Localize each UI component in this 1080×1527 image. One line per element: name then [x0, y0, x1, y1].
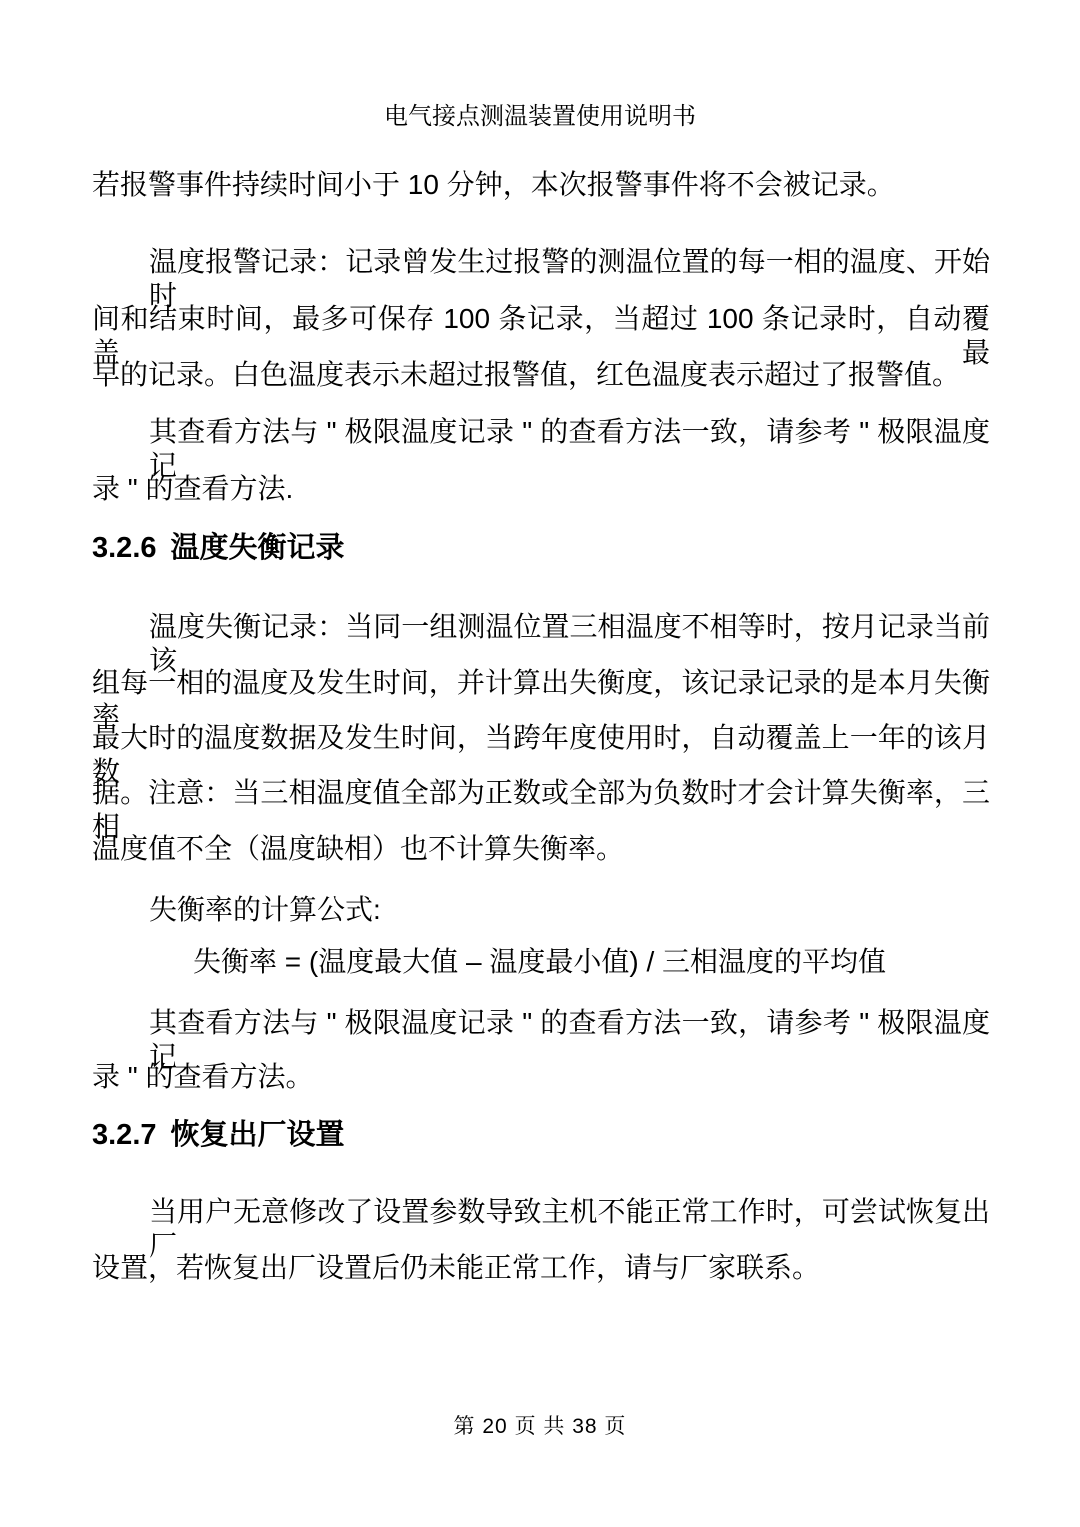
section-heading-326: 3.2.6温度失衡记录 [92, 531, 990, 565]
alarm-record-line-3: 早的记录。白色温度表示未超过报警值，红色温度表示超过了报警值。 [92, 358, 990, 392]
formula-label-line: 失衡率的计算公式: [92, 893, 990, 927]
formula-line: 失衡率 = (温度最大值 – 温度最小值) / 三相温度的平均值 [92, 945, 990, 979]
section-heading-327: 3.2.7恢复出厂设置 [92, 1118, 990, 1152]
section-number: 3.2.7 [92, 1119, 157, 1151]
imbalance-line-5: 温度值不全（温度缺相）也不计算失衡率。 [92, 832, 990, 866]
section-number: 3.2.6 [92, 532, 157, 564]
document-footer-page-number: 第 20 页 共 38 页 [0, 1410, 1080, 1444]
section-title: 温度失衡记录 [171, 532, 345, 564]
view-method-2-line-2: 录 " 的查看方法。 [92, 1060, 990, 1094]
document-page: 电气接点测温装置使用说明书 若报警事件持续时间小于 10 分钟，本次报警事件将不… [0, 0, 1080, 1527]
view-method-1-line-2: 录 " 的查看方法. [92, 472, 990, 506]
intro-paragraph-line: 若报警事件持续时间小于 10 分钟，本次报警事件将不会被记录。 [92, 168, 990, 202]
document-header-title: 电气接点测温装置使用说明书 [0, 100, 1080, 134]
section-title: 恢复出厂设置 [171, 1119, 345, 1151]
factory-reset-line-2: 设置，若恢复出厂设置后仍未能正常工作，请与厂家联系。 [92, 1251, 990, 1285]
